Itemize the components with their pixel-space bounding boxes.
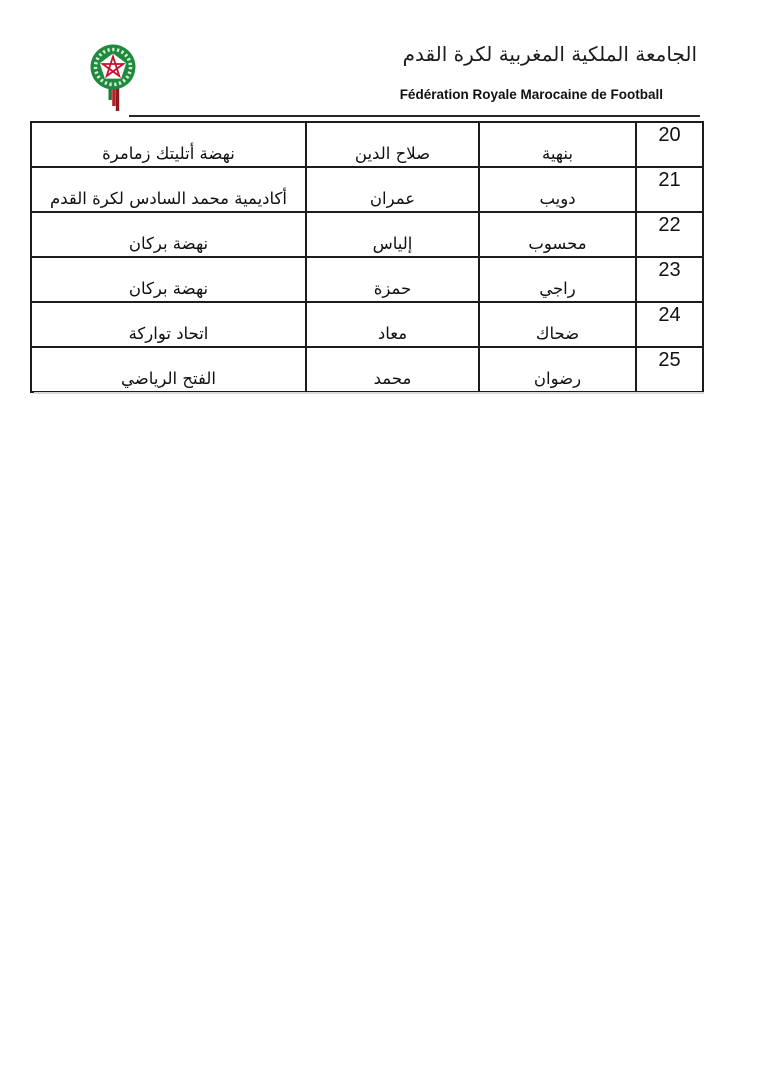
player-number-cell: 24 <box>636 302 703 347</box>
player-number-cell: 22 <box>636 212 703 257</box>
club-cell: الفتح الرياضي <box>31 347 306 392</box>
table-row: 25 رضوان محمد الفتح الرياضي <box>31 347 703 392</box>
player-roster-table: 20 بنهية صلاح الدين نهضة أتليتك زمامرة 2… <box>30 121 704 393</box>
header-divider-line <box>129 115 700 117</box>
last-name-cell: ضحاك <box>479 302 636 347</box>
last-name-cell: رضوان <box>479 347 636 392</box>
player-number-cell: 23 <box>636 257 703 302</box>
table-row: 23 راجي حمزة نهضة بركان <box>31 257 703 302</box>
last-name-cell: بنهية <box>479 122 636 167</box>
first-name-cell: عمران <box>306 167 479 212</box>
first-name-cell: معاد <box>306 302 479 347</box>
club-cell: نهضة أتليتك زمامرة <box>31 122 306 167</box>
first-name-cell: صلاح الدين <box>306 122 479 167</box>
table-row: 20 بنهية صلاح الدين نهضة أتليتك زمامرة <box>31 122 703 167</box>
frmf-crest-icon <box>88 43 138 113</box>
federation-title-arabic: الجامعة الملكية المغربية لكرة القدم <box>403 42 697 66</box>
club-cell: نهضة بركان <box>31 212 306 257</box>
last-name-cell: دويب <box>479 167 636 212</box>
first-name-cell: محمد <box>306 347 479 392</box>
table-row: 21 دويب عمران أكاديمية محمد السادس لكرة … <box>31 167 703 212</box>
frmf-logo <box>88 43 138 113</box>
document-page: الجامعة الملكية المغربية لكرة القدم Fédé… <box>0 0 768 1086</box>
player-number-cell: 21 <box>636 167 703 212</box>
club-cell: نهضة بركان <box>31 257 306 302</box>
club-cell: أكاديمية محمد السادس لكرة القدم <box>31 167 306 212</box>
table-bottom-shadow <box>34 392 704 394</box>
first-name-cell: إلياس <box>306 212 479 257</box>
player-number-cell: 20 <box>636 122 703 167</box>
federation-title-french: Fédération Royale Marocaine de Football <box>400 87 663 102</box>
club-cell: اتحاد تواركة <box>31 302 306 347</box>
first-name-cell: حمزة <box>306 257 479 302</box>
player-number-cell: 25 <box>636 347 703 392</box>
table-row: 22 محسوب إلياس نهضة بركان <box>31 212 703 257</box>
last-name-cell: راجي <box>479 257 636 302</box>
table-row: 24 ضحاك معاد اتحاد تواركة <box>31 302 703 347</box>
last-name-cell: محسوب <box>479 212 636 257</box>
